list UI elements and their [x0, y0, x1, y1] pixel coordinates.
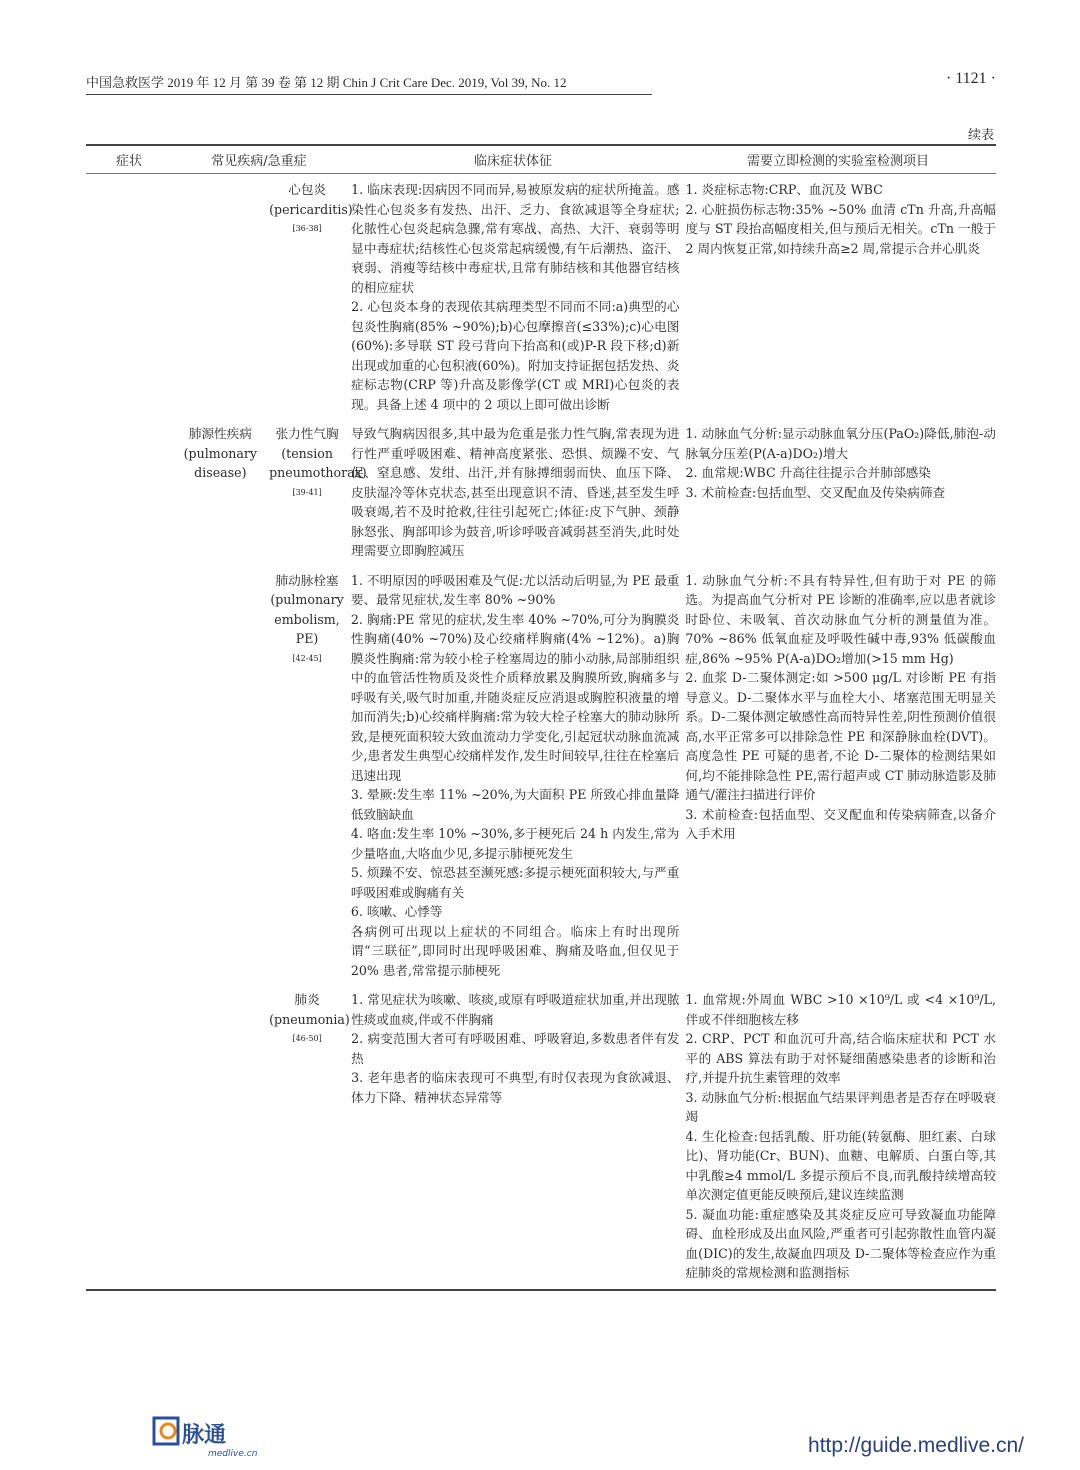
- disease-cell: 心包炎 (pericarditis) [36-38]: [269, 180, 345, 414]
- medlive-logo: 脉通 medlive.cn: [152, 1412, 262, 1460]
- category-cell: [172, 571, 270, 981]
- clinical-item: 3. 老年患者的临床表现可不典型,有时仅表现为食欲减退、体力下降、精神状态异常等: [351, 1068, 679, 1107]
- lab-cell: 1. 动脉血气分析:不具有特异性,但有助于对 PE 的筛选。为提高血气分析对 P…: [679, 571, 996, 981]
- symptom-cell: [86, 424, 172, 561]
- symptom-cell: [86, 571, 172, 981]
- col-header-lab: 需要立即检测的实验室检测项目: [680, 150, 996, 169]
- table-row: 肺源性疾病 (pulmonary disease) 张力性气胸 (tension…: [86, 424, 996, 561]
- lab-item: 3. 术前检查:包括血型、交叉配血和传染病筛查,以备介入手术用: [685, 805, 996, 844]
- clinical-cell: 1. 临床表现:因病因不同而异,易被原发病的症状所掩盖。感染性心包炎多有发热、出…: [345, 180, 679, 414]
- footer-url[interactable]: http://guide.medlive.cn/: [808, 1434, 1024, 1458]
- category-name-en: (pulmonary disease): [172, 444, 270, 483]
- disease-cell: 肺炎 (pneumonia) [46-50]: [269, 990, 345, 1283]
- category-cell: [172, 990, 270, 1283]
- continued-table-label: 续表: [968, 124, 994, 143]
- category-cell: 肺源性疾病 (pulmonary disease): [172, 424, 270, 561]
- clinical-item: 2. 胸痛:PE 常见的症状,发生率 40% ~70%,可分为胸膜炎性胸痛(40…: [351, 610, 680, 786]
- svg-text:脉通: 脉通: [182, 1423, 226, 1448]
- reference-marker: [36-38]: [292, 224, 321, 233]
- disease-name: 心包炎: [269, 180, 345, 200]
- table-row: 肺动脉栓塞 (pulmonary embolism, PE) [42-45] 1…: [86, 571, 996, 981]
- clinical-item: 5. 烦躁不安、惊恐甚至濒死感:多提示梗死面积较大,与严重呼吸困难或胸痛有关: [351, 863, 680, 902]
- lab-cell: 1. 动脉血气分析:显示动脉血氧分压(PaO₂)降低,肺泡-动脉氧分压差(P(A…: [680, 424, 996, 561]
- svg-text:medlive.cn: medlive.cn: [208, 1449, 258, 1459]
- lab-item: 1. 炎症标志物:CRP、血沉及 WBC: [686, 180, 996, 200]
- disease-name-en: (pericarditis): [269, 200, 345, 220]
- col-header-clinical: 临床症状体征: [346, 150, 680, 169]
- table-row: 心包炎 (pericarditis) [36-38] 1. 临床表现:因病因不同…: [86, 180, 996, 414]
- symptom-cell: [86, 990, 172, 1283]
- medlive-logo-icon: 脉通 medlive.cn: [152, 1412, 262, 1460]
- category-name: 肺源性疾病: [172, 424, 270, 444]
- table-row: 肺炎 (pneumonia) [46-50] 1. 常见症状为咳嗽、咳痰,或原有…: [86, 990, 996, 1283]
- lab-item: 3. 动脉血气分析:根据血气结果评判患者是否存在呼吸衰竭: [686, 1088, 996, 1127]
- clinical-item: 2. 病变范围大者可有呼吸困难、呼吸窘迫,多数患者伴有发热: [351, 1029, 679, 1068]
- lab-item: 4. 生化检查:包括乳酸、肝功能(转氨酶、胆红素、白球比)、肾功能(Cr、BUN…: [686, 1127, 996, 1205]
- table-header-row: 症状 常见疾病/急重症 临床症状体征 需要立即检测的实验室检测项目: [86, 146, 996, 173]
- disease-cell: 张力性气胸 (tension pneumothorax) [39-41]: [269, 424, 345, 561]
- lab-item: 1. 动脉血气分析:不具有特异性,但有助于对 PE 的筛选。为提高血气分析对 P…: [685, 571, 996, 669]
- disease-name: 张力性气胸: [269, 424, 345, 444]
- lab-item: 2. 心脏损伤标志物:35% ~50% 血清 cTn 升高,升高幅度与 ST 段…: [686, 200, 996, 259]
- table-bottom-rule: [86, 1289, 996, 1291]
- clinical-cell: 1. 常见症状为咳嗽、咳痰,或原有呼吸道症状加重,并出现脓性痰或血痰,伴或不伴胸…: [345, 990, 679, 1283]
- disease-cell: 肺动脉栓塞 (pulmonary embolism, PE) [42-45]: [269, 571, 345, 981]
- clinical-item: 3. 晕厥:发生率 11% ~20%,为大面积 PE 所致心排血量降低致脑缺血: [351, 785, 680, 824]
- category-cell: [172, 180, 270, 414]
- clinical-table: 症状 常见疾病/急重症 临床症状体征 需要立即检测的实验室检测项目 心包炎 (p…: [86, 144, 996, 1291]
- lab-item: 5. 凝血功能:重症感染及其炎症反应可导致凝血功能障碍、血栓形成及出血风险,严重…: [686, 1205, 996, 1283]
- disease-name-en: (tension pneumothorax): [269, 444, 345, 483]
- clinical-item: 导致气胸病因很多,其中最为危重是张力性气胸,常表现为进行性严重呼吸困难、精神高度…: [351, 424, 679, 561]
- disease-name: 肺炎: [269, 990, 345, 1010]
- disease-name-en: (pneumonia): [269, 1010, 345, 1030]
- lab-item: 2. 血常规:WBC 升高往往提示合并肺部感染: [686, 463, 996, 483]
- page-number: · 1121 ·: [946, 70, 996, 88]
- lab-item: 1. 血常规:外周血 WBC >10 ×10⁹/L 或 <4 ×10⁹/L,伴或…: [686, 990, 996, 1029]
- clinical-cell: 导致气胸病因很多,其中最为危重是张力性气胸,常表现为进行性严重呼吸困难、精神高度…: [345, 424, 679, 561]
- reference-marker: [39-41]: [292, 488, 321, 497]
- reference-marker: [46-50]: [292, 1034, 321, 1043]
- col-header-disease: 常见疾病/急重症: [172, 150, 346, 169]
- lab-item: 1. 动脉血气分析:显示动脉血氧分压(PaO₂)降低,肺泡-动脉氧分压差(P(A…: [686, 424, 996, 463]
- clinical-cell: 1. 不明原因的呼吸困难及气促:尤以活动后明显,为 PE 最重要、最常见症状,发…: [345, 571, 680, 981]
- lab-cell: 1. 炎症标志物:CRP、血沉及 WBC 2. 心脏损伤标志物:35% ~50%…: [680, 180, 996, 414]
- clinical-item: 1. 不明原因的呼吸困难及气促:尤以活动后明显,为 PE 最重要、最常见症状,发…: [351, 571, 680, 610]
- reference-marker: [42-45]: [292, 654, 321, 663]
- clinical-item: 4. 咯血:发生率 10% ~30%,多于梗死后 24 h 内发生,常为少量咯血…: [351, 824, 680, 863]
- clinical-item: 1. 临床表现:因病因不同而异,易被原发病的症状所掩盖。感染性心包炎多有发热、出…: [351, 180, 679, 297]
- lab-cell: 1. 血常规:外周血 WBC >10 ×10⁹/L 或 <4 ×10⁹/L,伴或…: [680, 990, 996, 1283]
- symptom-cell: [86, 180, 172, 414]
- running-head: 中国急救医学 2019 年 12 月 第 39 卷 第 12 期 Chin J …: [86, 74, 652, 95]
- lab-item: 2. 血浆 D-二聚体测定:如 >500 μg/L 对诊断 PE 有指导意义。D…: [685, 668, 996, 805]
- lab-item: 3. 术前检查:包括血型、交叉配血及传染病筛查: [686, 483, 996, 503]
- clinical-item: 各病例可出现以上症状的不同组合。临床上有时出现所谓“三联征”,即同时出现呼吸困难…: [351, 922, 680, 981]
- table-header-rule: [86, 173, 996, 174]
- col-header-symptom: 症状: [86, 150, 172, 169]
- clinical-item: 6. 咳嗽、心悸等: [351, 902, 680, 922]
- lab-item: 2. CRP、PCT 和血沉可升高,结合临床症状和 PCT 水平的 ABS 算法…: [686, 1029, 996, 1088]
- disease-name: 肺动脉栓塞: [269, 571, 345, 591]
- disease-name-en: (pulmonary embolism, PE): [269, 590, 345, 649]
- clinical-item: 1. 常见症状为咳嗽、咳痰,或原有呼吸道症状加重,并出现脓性痰或血痰,伴或不伴胸…: [351, 990, 679, 1029]
- clinical-item: 2. 心包炎本身的表现依其病理类型不同而不同:a)典型的心包炎性胸痛(85% ~…: [351, 297, 679, 414]
